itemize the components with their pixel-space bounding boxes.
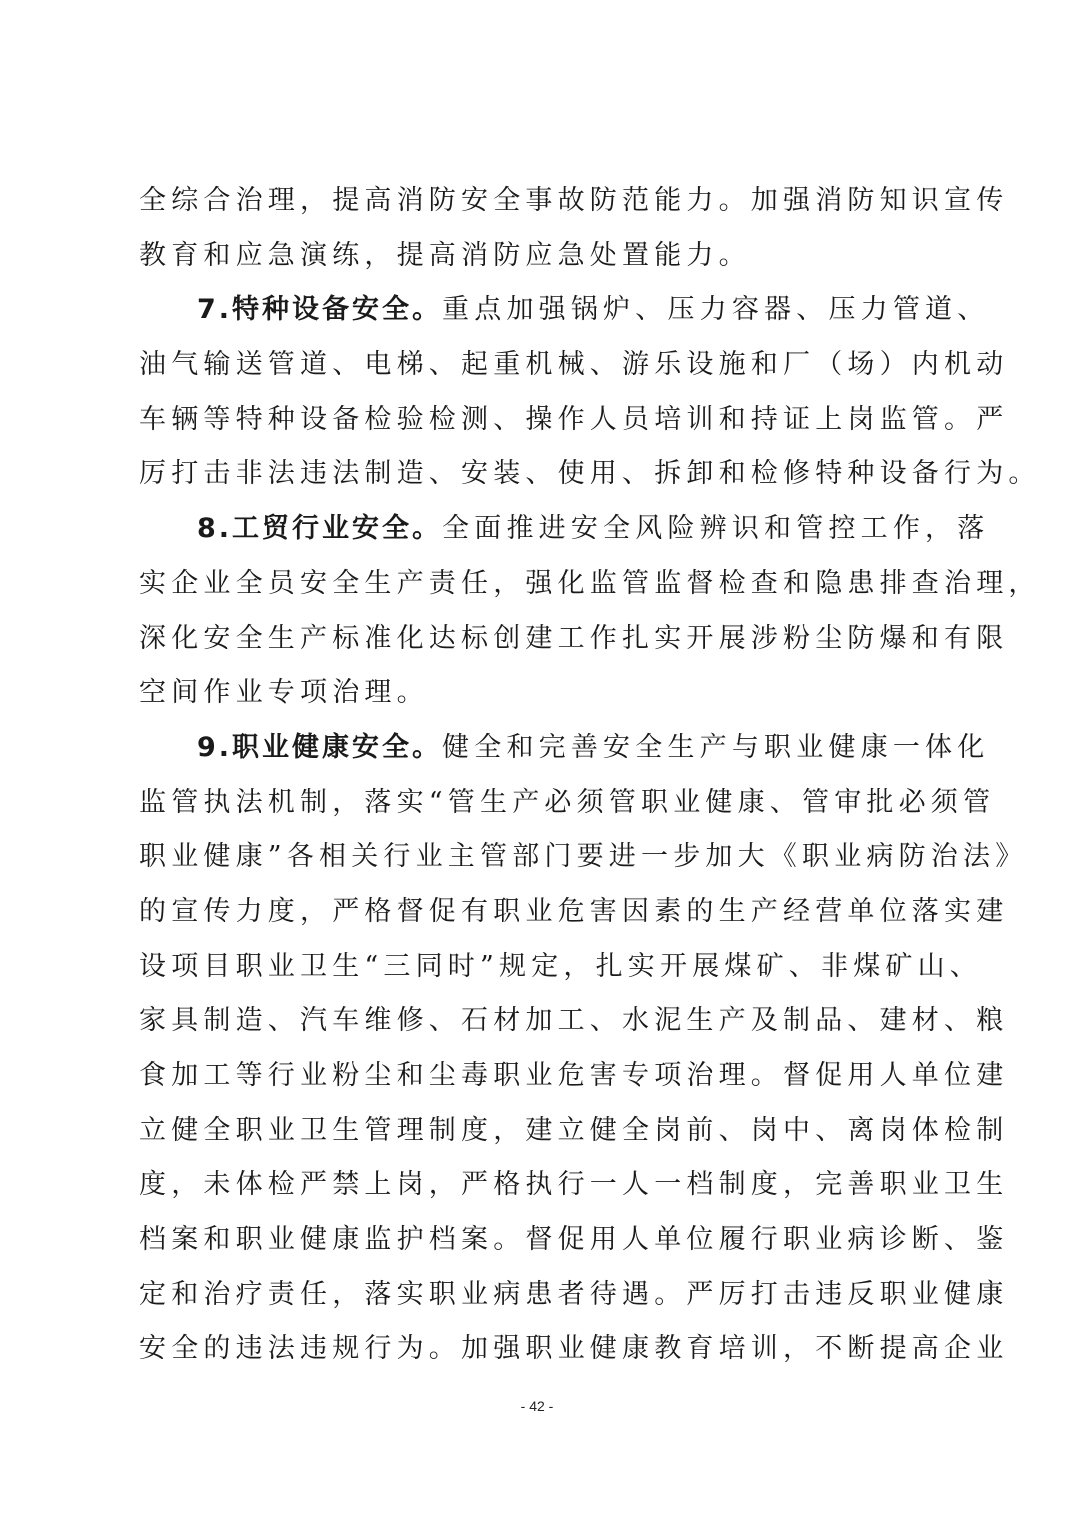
body-text: 全综合治理，提高消防安全事故防范能力。加强消防知识宣传 教育和应急演练，提高消防… [139,174,939,1377]
page-number: - 42 - [0,1398,1074,1414]
text-line: 油气输送管道、电梯、起重机械、游乐设施和厂（场）内机动 [139,338,939,393]
text-line: 的宣传力度，严格督促有职业危害因素的生产经营单位落实建 [139,885,939,940]
text-line: 食加工等行业粉尘和尘毒职业危害专项治理。督促用人单位建 [139,1049,939,1104]
section-heading: 7.特种设备安全。 [197,294,442,325]
text-line: 8.工贸行业安全。全面推进安全风险辨识和管控工作，落 [139,502,939,557]
text-line: 教育和应急演练，提高消防应急处置能力。 [139,229,939,284]
section-heading: 9.职业健康安全。 [197,732,442,763]
text-line: 7.特种设备安全。重点加强锅炉、压力容器、压力管道、 [139,283,939,338]
text-line: 设项目职业卫生“三同时”规定，扎实开展煤矿、非煤矿山、 [139,940,939,995]
text-line: 家具制造、汽车维修、石材加工、水泥生产及制品、建材、粮 [139,994,939,1049]
text-line: 立健全职业卫生管理制度，建立健全岗前、岗中、离岗体检制 [139,1104,939,1159]
section-heading: 8.工贸行业安全。 [197,513,442,544]
text-line: 9.职业健康安全。健全和完善安全生产与职业健康一体化 [139,721,939,776]
paragraph-occupational-health-safety: 9.职业健康安全。健全和完善安全生产与职业健康一体化 监管执法机制，落实“管生产… [139,721,939,1377]
document-page: 全综合治理，提高消防安全事故防范能力。加强消防知识宣传 教育和应急演练，提高消防… [0,0,1074,1520]
text-line: 安全的违法违规行为。加强职业健康教育培训，不断提高企业 [139,1322,939,1377]
text-line: 全综合治理，提高消防安全事故防范能力。加强消防知识宣传 [139,174,939,229]
text-line: 档案和职业健康监护档案。督促用人单位履行职业病诊断、鉴 [139,1213,939,1268]
text-line: 职业健康”各相关行业主管部门要进一步加大《职业病防治法》 [139,830,939,885]
text-line: 车辆等特种设备检验检测、操作人员培训和持证上岗监管。严 [139,393,939,448]
paragraph-special-equipment-safety: 7.特种设备安全。重点加强锅炉、压力容器、压力管道、 油气输送管道、电梯、起重机… [139,283,939,502]
text-span: 全面推进安全风险辨识和管控工作，落 [442,513,989,544]
text-span: 健全和完善安全生产与职业健康一体化 [442,732,989,763]
paragraph-fire-safety-continued: 全综合治理，提高消防安全事故防范能力。加强消防知识宣传 教育和应急演练，提高消防… [139,174,939,283]
text-line: 深化安全生产标准化达标创建工作扎实开展涉粉尘防爆和有限 [139,612,939,667]
text-line: 空间作业专项治理。 [139,666,939,721]
text-line: 实企业全员安全生产责任，强化监管监督检查和隐患排查治理， [139,557,939,612]
text-line: 度，未体检严禁上岗，严格执行一人一档制度，完善职业卫生 [139,1158,939,1213]
text-span: 重点加强锅炉、压力容器、压力管道、 [442,294,989,325]
text-line: 监管执法机制，落实“管生产必须管职业健康、管审批必须管 [139,776,939,831]
text-line: 定和治疗责任，落实职业病患者待遇。严厉打击违反职业健康 [139,1268,939,1323]
text-line: 厉打击非法违法制造、安装、使用、拆卸和检修特种设备行为。 [139,447,939,502]
paragraph-industry-trade-safety: 8.工贸行业安全。全面推进安全风险辨识和管控工作，落 实企业全员安全生产责任，强… [139,502,939,721]
